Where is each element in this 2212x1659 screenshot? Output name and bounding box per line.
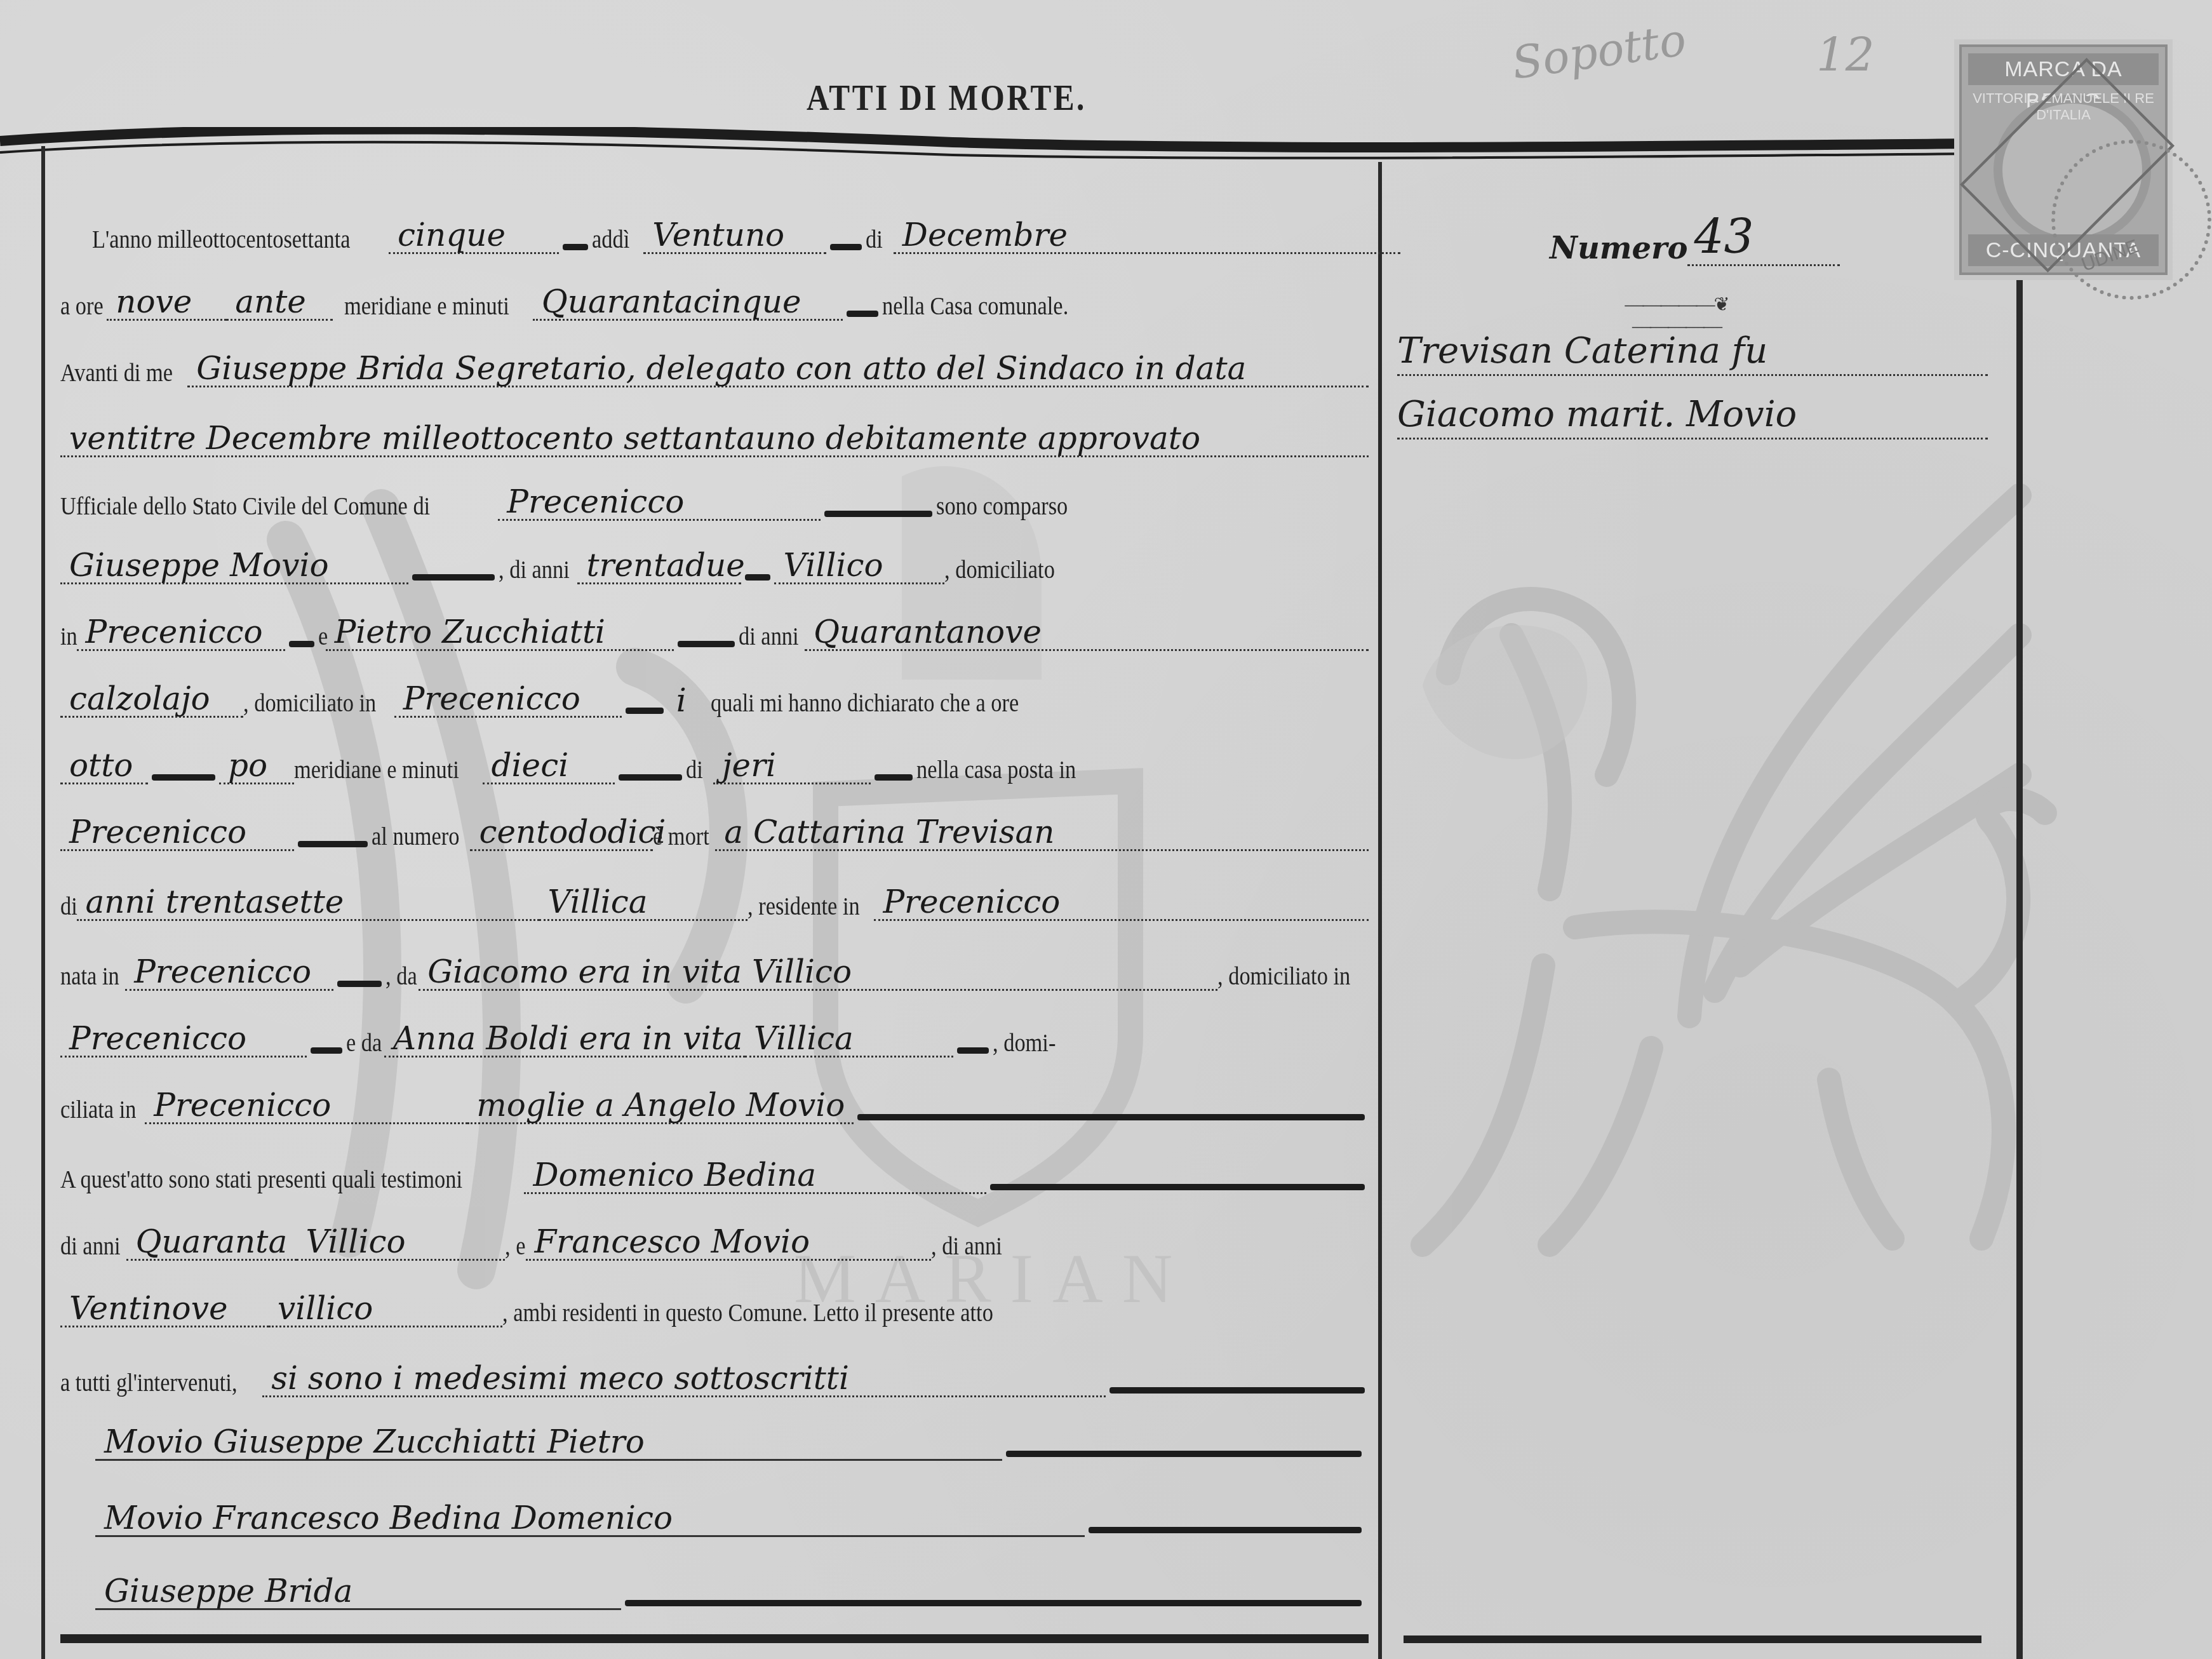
right-border xyxy=(2016,267,2023,1659)
text-line-13: Precenicco e da Anna Boldi era in vita V… xyxy=(60,1000,1369,1058)
text-line-6: Giuseppe Movio , di anni trentadue Villi… xyxy=(60,527,1369,584)
pencil-annotation: Sopotto xyxy=(1509,13,1689,90)
signature-line-2: Movio Francesco Bedina Domenico xyxy=(95,1480,1365,1537)
margin-note-line2: Giacomo marit. Movio xyxy=(1397,394,1988,440)
signature-line-3: Giuseppe Brida xyxy=(95,1553,1365,1610)
register-number-value: 43 xyxy=(1687,210,1840,266)
text-line-1: L'anno milleottocentosettanta cinque add… xyxy=(60,197,1400,254)
register-number-label: Numero xyxy=(1550,231,1687,266)
text-line-11: di anni trentasette Villica , residente … xyxy=(60,864,1369,921)
text-line-5: Ufficiale dello Stato Civile del Comune … xyxy=(60,464,1369,521)
right-bottom-rule xyxy=(1404,1635,1981,1643)
text-line-16: di anni Quaranta Villico , e Francesco M… xyxy=(60,1204,1369,1261)
text-line-9: otto po meridiane e minuti dieci di jeri… xyxy=(60,727,1369,784)
text-line-17: Ventinove villico , ambi residenti in qu… xyxy=(60,1270,1369,1327)
page-title: ATTI DI MORTE. xyxy=(807,76,1087,119)
text-line-7: in Precenicco e Pietro Zucchiatti di ann… xyxy=(60,594,1369,651)
left-border xyxy=(41,146,45,1659)
winged-lion-watermark-icon xyxy=(1384,445,2115,1302)
header-double-rule xyxy=(0,127,1969,165)
page-number: 12 xyxy=(1816,29,1875,82)
text-line-8: calzolajo , domiciliato in Precenicco i … xyxy=(60,661,1369,718)
text-line-12: nata in Precenicco , da Giacomo era in v… xyxy=(60,934,1369,991)
document-page: MARIAN ATTI DI MORTE. Sopotto 12 MARCA D… xyxy=(0,0,2212,1659)
text-line-10: Precenicco al numero centododici è mort … xyxy=(60,794,1369,851)
register-number: Numero 43 xyxy=(1550,210,1840,266)
signature-line-1: Movio Giuseppe Zucchiatti Pietro xyxy=(95,1404,1365,1461)
text-line-18: a tutti gl'intervenuti, si sono i medesi… xyxy=(60,1340,1369,1397)
text-line-15: A quest'atto sono stati presenti quali t… xyxy=(60,1137,1369,1194)
postmark-text: UDINE xyxy=(2079,236,2142,276)
text-line-2: a ore nove ante meridiane e minuti Quara… xyxy=(60,264,1369,321)
text-line-3: Avanti di me Giuseppe Brida Segretario, … xyxy=(60,330,1369,387)
bottom-rule xyxy=(60,1634,1369,1643)
text-line-14: ciliata in Precenicco moglie a Angelo Mo… xyxy=(60,1067,1369,1124)
ornament-divider-icon: —————❦————— xyxy=(1588,293,1766,309)
postmark-icon: UDINE xyxy=(2051,140,2211,300)
text-line-4: ventitre Decembre milleottocento settant… xyxy=(60,400,1369,457)
margin-note-line1: Trevisan Caterina fu xyxy=(1397,330,1988,376)
column-divider xyxy=(1378,162,1382,1659)
